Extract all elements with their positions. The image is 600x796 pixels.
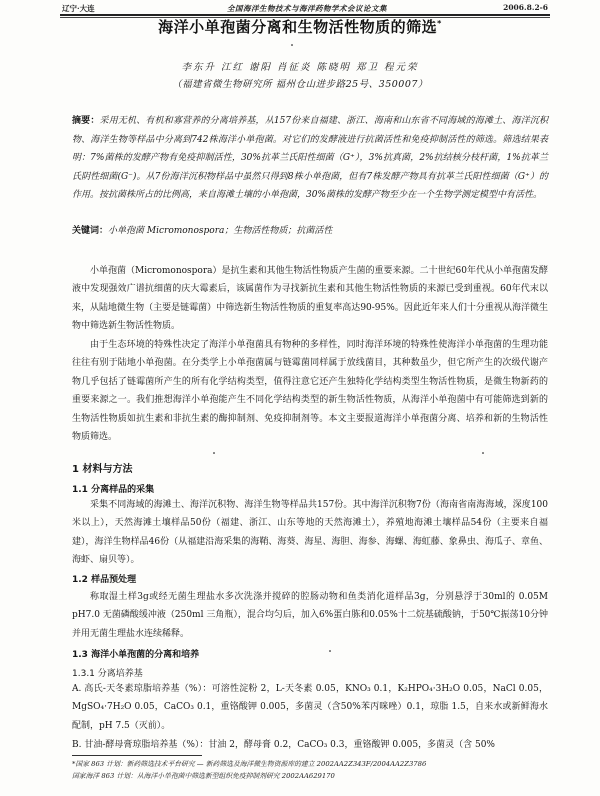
footnote-1: *国家 863 计划：新药筛选技术平台研究 — 新药筛选及海洋微生物资源库的建立…: [72, 758, 548, 770]
affiliation: （福建省微生物研究所 福州仓山进步路25号、350007）: [0, 76, 600, 90]
medium-b-paragraph: B. 甘油-酵母膏琼脂培养基（%）：甘油 2，酵母膏 0.2，CaCO₃ 0.3…: [72, 736, 548, 754]
title-footnote-mark: *: [437, 19, 442, 28]
document-page: 辽宁·大连 全国海洋生物技术与海洋药物学术会议论文集 2006.8.2-6 海洋…: [0, 0, 600, 796]
section-heading-1-3-1: 1.3.1 分离培养基: [72, 666, 143, 679]
keywords-text: 小单孢菌 Micromonospora；生物活性物质；抗菌活性: [108, 226, 332, 236]
section-heading-1-1: 1.1 分离样品的采集: [72, 482, 154, 495]
intro-paragraph-1: 小单孢菌（Micromonospora）是抗生素和其他生物活性物质产生菌的重要来…: [72, 262, 548, 336]
footnote-2: 国家海洋 863 计划：从海洋小单孢菌中筛选新型组织免疫抑制剂研究 2002AA…: [72, 770, 548, 782]
section-heading-1-3: 1.3 海洋小单孢菌的分离和培养: [72, 647, 199, 660]
paper-title-text: 海洋小单孢菌分离和生物活性物质的筛选: [158, 18, 437, 36]
paragraph-text: 小单孢菌（Micromonospora）是抗生素和其他生物活性物质产生菌的重要来…: [72, 262, 548, 336]
abstract-text: 采用无机、有机和寡营养的分离培养基，从157份来自福建、浙江、海南和山东省不同海…: [72, 116, 548, 200]
section-heading-materials-methods: 1 材料与方法: [72, 460, 132, 475]
abstract-label: 摘要：: [72, 116, 100, 126]
scan-speck: [482, 452, 484, 454]
pretreatment-paragraph: 称取湿土样3g或经无菌生理盐水多次洗涤并搅碎的腔肠动物和鱼类消化道样品3g，分别…: [72, 588, 548, 643]
medium-a-paragraph: A. 高氏-天冬素琼脂培养基（%）：可溶性淀粉 2，L-天冬素 0.05，KNO…: [72, 680, 548, 735]
keywords-label: 关键词：: [72, 226, 108, 236]
paragraph-text: 由于生态环境的特殊性决定了海洋小单孢菌具有物种的多样性，同时海洋环境的特殊性使海…: [72, 336, 548, 446]
section-heading-1-2: 1.2 样品预处理: [72, 572, 136, 585]
paper-title: 海洋小单孢菌分离和生物活性物质的筛选*: [0, 16, 600, 37]
running-header: 辽宁·大连 全国海洋生物技术与海洋药物学术会议论文集 2006.8.2-6: [62, 2, 548, 14]
paragraph-text: 称取湿土样3g或经无菌生理盐水多次洗涤并搅碎的腔肠动物和鱼类消化道样品3g，分别…: [72, 588, 548, 643]
authors: 李东升 江红 谢阳 肖征炎 陈晓明 郑卫 程元荣: [0, 59, 600, 73]
footnotes: *国家 863 计划：新药筛选技术平台研究 — 新药筛选及海洋微生物资源库的建立…: [72, 758, 548, 782]
paragraph-text: B. 甘油-酵母膏琼脂培养基（%）：甘油 2，酵母膏 0.2，CaCO₃ 0.3…: [72, 736, 548, 754]
scan-speck: [329, 650, 331, 652]
keywords: 关键词：小单孢菌 Micromonospora；生物活性物质；抗菌活性: [72, 223, 548, 236]
header-location: 辽宁·大连: [62, 3, 95, 14]
header-date: 2006.8.2-6: [503, 3, 548, 12]
scan-speck: [213, 452, 215, 454]
sample-collection-paragraph: 采集不同海域的海滩土、海洋沉积物、海洋生物等样品共157份。其中海洋沉积物7份（…: [72, 496, 548, 570]
paragraph-text: 采集不同海域的海滩土、海洋沉积物、海洋生物等样品共157份。其中海洋沉积物7份（…: [72, 496, 548, 570]
header-proceedings-title: 全国海洋生物技术与海洋药物学术会议论文集: [172, 3, 442, 14]
intro-paragraph-2: 由于生态环境的特殊性决定了海洋小单孢菌具有物种的多样性，同时海洋环境的特殊性使海…: [72, 336, 548, 446]
abstract: 摘要：采用无机、有机和寡营养的分离培养基，从157份来自福建、浙江、海南和山东省…: [72, 112, 548, 205]
scan-speck: [291, 44, 293, 46]
paragraph-text: A. 高氏-天冬素琼脂培养基（%）：可溶性淀粉 2，L-天冬素 0.05，KNO…: [72, 680, 548, 735]
footnote-rule: [72, 755, 202, 756]
